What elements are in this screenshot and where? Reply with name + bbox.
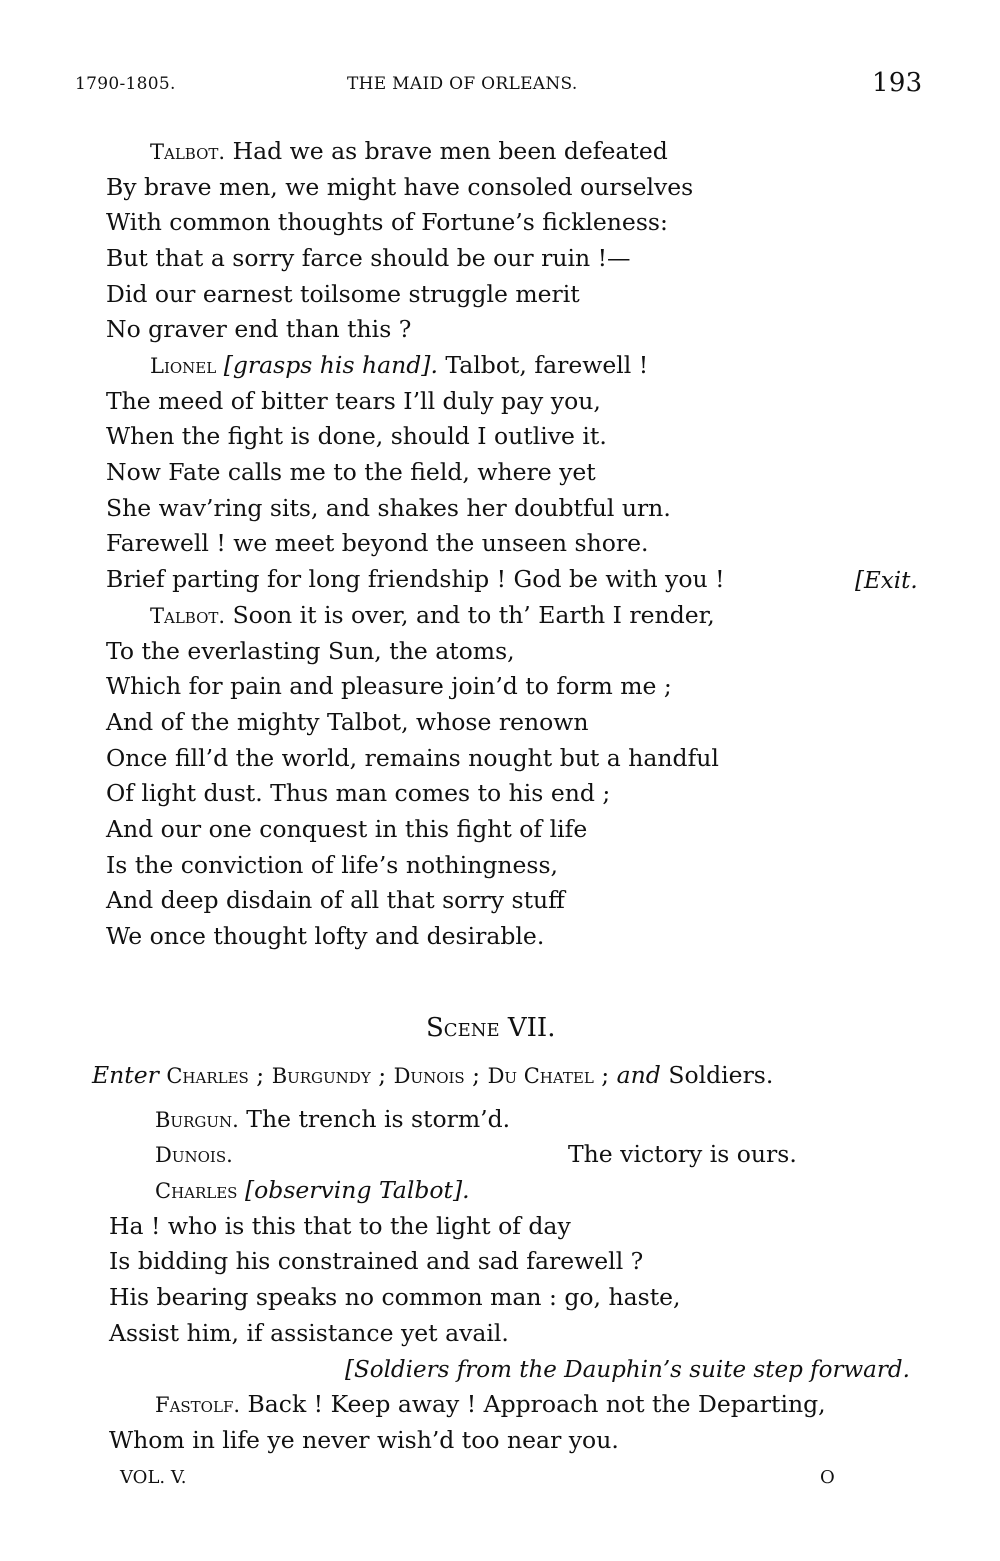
speech-line: Charles [observing Talbot]. xyxy=(155,1179,470,1203)
printer-signature: O xyxy=(820,1467,835,1488)
verse-line: Assist him, if assistance yet avail. xyxy=(109,1322,509,1346)
verse-line: The victory is ours. xyxy=(568,1143,797,1167)
verse-line: And deep disdain of all that sorry stuff xyxy=(106,889,565,913)
exit-direction: [Exit. xyxy=(855,568,918,594)
verse-line: And our one conquest in this fight of li… xyxy=(106,818,587,842)
verse-line: No graver end than this ? xyxy=(106,318,411,342)
verse-line: Now Fate calls me to the field, where ye… xyxy=(106,461,596,485)
speech-line: Lionel [grasps his hand]. Talbot, farewe… xyxy=(150,354,648,378)
speech-line: Talbot. Had we as brave men been defeate… xyxy=(150,140,668,164)
stage-direction: [Soldiers from the Dauphin’s suite step … xyxy=(345,1357,910,1383)
running-header-title: THE MAID OF ORLEANS. xyxy=(347,74,578,94)
volume-signature: VOL. V. xyxy=(120,1467,186,1488)
entrance-direction: Enter Charles ; Burgundy ; Dunois ; Du C… xyxy=(92,1064,773,1088)
verse-line: When the fight is done, should I outlive… xyxy=(106,425,607,449)
verse-line: Did our earnest toilsome struggle merit xyxy=(106,283,580,307)
scene-heading: Scene VII. xyxy=(426,1013,555,1043)
speaker-talbot: Talbot. xyxy=(150,140,225,164)
verse-line: Is the conviction of life’s nothingness, xyxy=(106,854,558,878)
verse-line: Of light dust. Thus man comes to his end… xyxy=(106,782,610,806)
page-number: 193 xyxy=(872,68,923,98)
verse-line: Farewell ! we meet beyond the unseen sho… xyxy=(106,532,649,556)
verse-line: And of the mighty Talbot, whose renown xyxy=(106,711,589,735)
speech-line: Burgun. The trench is storm’d. xyxy=(155,1108,510,1132)
verse-line: But that a sorry farce should be our rui… xyxy=(106,247,631,271)
verse-line: We once thought lofty and desirable. xyxy=(106,925,544,949)
verse-line: With common thoughts of Fortune’s fickle… xyxy=(106,211,668,235)
speaker-talbot: Talbot. xyxy=(150,604,225,628)
verse-line: Brief parting for long friendship ! God … xyxy=(106,568,725,592)
verse-line: To the everlasting Sun, the atoms, xyxy=(106,640,515,664)
verse-line: Which for pain and pleasure join’d to fo… xyxy=(106,675,672,699)
speech-line: Talbot. Soon it is over, and to th’ Eart… xyxy=(150,604,715,628)
verse-line: She wav’ring sits, and shakes her doubtf… xyxy=(106,497,671,521)
speaker-dunois: Dunois. xyxy=(155,1143,233,1167)
speaker-burgundy: Burgun. xyxy=(155,1108,239,1132)
stage-direction: [observing Talbot]. xyxy=(245,1176,470,1204)
running-header-dates: 1790-1805. xyxy=(75,74,176,94)
speaker-fastolf: Fastolf. xyxy=(155,1393,240,1417)
verse-line: Once fill’d the world, remains nought bu… xyxy=(106,747,719,771)
verse-line: His bearing speaks no common man : go, h… xyxy=(109,1286,681,1310)
stage-direction: [grasps his hand]. xyxy=(224,351,438,379)
verse-line: Is bidding his constrained and sad farew… xyxy=(109,1250,643,1274)
verse-line: The meed of bitter tears I’ll duly pay y… xyxy=(106,390,601,414)
verse-line: By brave men, we might have consoled our… xyxy=(106,176,693,200)
speaker-charles: Charles xyxy=(155,1179,237,1203)
speaker-lionel: Lionel xyxy=(150,354,216,378)
speech-line: Fastolf. Back ! Keep away ! Approach not… xyxy=(155,1393,826,1417)
verse-line: Ha ! who is this that to the light of da… xyxy=(109,1215,571,1239)
verse-line: Whom in life ye never wish’d too near yo… xyxy=(109,1429,619,1453)
